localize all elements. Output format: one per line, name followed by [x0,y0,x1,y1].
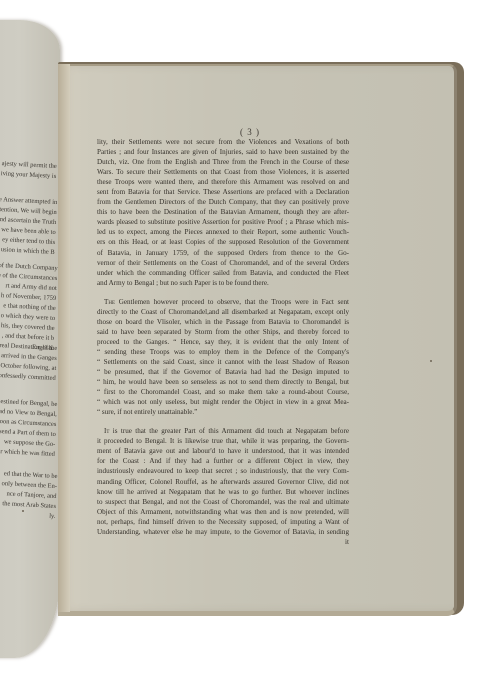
body-text: lity, their Settlements were not secure … [97,137,349,547]
gutter-shadow [58,64,70,612]
text-line: It is true that the greater Part of this… [97,426,349,436]
text-line: The Gentlemen however proceed to observe… [97,297,349,307]
text-line: Parties ; and four Instances are given o… [97,147,349,157]
text-line: “ first to the Choromandel Coast, and so… [97,387,349,397]
text-line: Understanding, whatever else he may impu… [97,527,349,537]
left-page-text: e Answer attempted in ttention, We will … [0,195,58,258]
text-line: said to have been separated by Storm fro… [97,327,349,337]
paragraph-2: The Gentlemen however proceed to observe… [97,297,349,418]
text-line: of Batavia, in January 1759, of the supp… [97,248,349,258]
text-line: ment of Batavia gave out and labour'd to… [97,446,349,456]
text-line: know till he arrived at Negapatam that h… [97,487,349,497]
left-page-text: ajesty will permit the iving your Majest… [0,159,56,182]
text-line: this to have been the Destination of the… [97,207,349,217]
left-line: iving your Majesty is [0,169,56,182]
text-line: “ him, he would have been so senseless a… [97,377,349,387]
paragraph-lead: The [104,298,115,306]
left-line: r which he was fitted [0,447,55,460]
text-line: sent from Batavia for that Service. Thes… [97,187,349,197]
text-line: proceed to the Ganges. “ Hence, say they… [97,337,349,347]
text-line: “ which was not only useless, but might … [97,397,349,407]
text-line: wards pleased to substitute positive Ass… [97,217,349,227]
text-line: vernor of their Settlements on the Coast… [97,258,349,268]
text-line: ers on this Head, or at least Copies of … [97,237,349,247]
text-line: industriously endeavoured to keep that s… [97,466,349,476]
text-line: and Army to Bengal ; but no such Paper i… [97,278,349,288]
paragraph-lead: It [104,427,109,435]
text-line: directly to the Coast of Choromandel,and… [97,307,349,317]
left-page-text: estined for Bengal, be had no View to Be… [0,397,58,460]
page-number: ( 3 ) [240,127,260,137]
text-line: “ be presumed, that if the Governor of B… [97,367,349,377]
text-line: “ Settlements on the said Coast, since i… [97,357,349,367]
page-left: ajesty will permit the iving your Majest… [0,20,60,658]
text-line: “ sure, if not entirely unattainable.” [97,407,349,417]
left-page-text: e real Destination of the n arrived in t… [0,341,57,384]
text-line: Wars. To secure their Settlements on tha… [97,167,349,177]
text-line: led us to expect, among the Pieces annex… [97,227,349,237]
text-line: lity, their Settlements were not secure … [97,137,349,147]
paragraph-3: It is true that the greater Part of this… [97,426,349,547]
text-line: not, perhaps, find himself driven to the… [97,517,349,527]
text-line: Dutch, viz. One from the English and Thr… [97,157,349,167]
text-line: to suspect that Bengal, and not the Coas… [97,497,349,507]
text-line: under which the commanding Officer saile… [97,268,349,278]
paragraph-gap [97,288,349,297]
text-line: “ sending these Troops was to employ the… [97,347,349,357]
text-line: for the Coast : And if they had a furthe… [97,456,349,466]
text-line: those on board the Vlisoler, which in th… [97,317,349,327]
catchword: it [97,537,349,547]
left-page-text: ed that the War to be only between the E… [0,469,57,522]
left-line: confessedly committed [0,371,55,384]
text-fragment: Gentlemen however proceed to observe, th… [119,298,349,306]
text-line: it proceeded to Bengal. It is likewise t… [97,436,349,446]
text-fragment: is true that the greater Part of this Ar… [113,427,349,435]
text-line: from the Gentlemen Directors of the Dutc… [97,197,349,207]
paragraph-1: lity, their Settlements were not secure … [97,137,349,288]
paper-speck [145,522,147,524]
left-line: usion in which the B [0,245,55,258]
paper-speck [22,510,24,512]
paragraph-gap [97,417,349,426]
text-line: manding Officer, Colonel Rouffel, as he … [97,477,349,487]
text-line: Object of this Armament, notwithstanding… [97,507,349,517]
paper-speck [430,360,432,362]
text-line: these Troops were wanted there, and ther… [97,177,349,187]
left-page-text: of the Dutch Company ne of the Circumsta… [0,261,58,354]
